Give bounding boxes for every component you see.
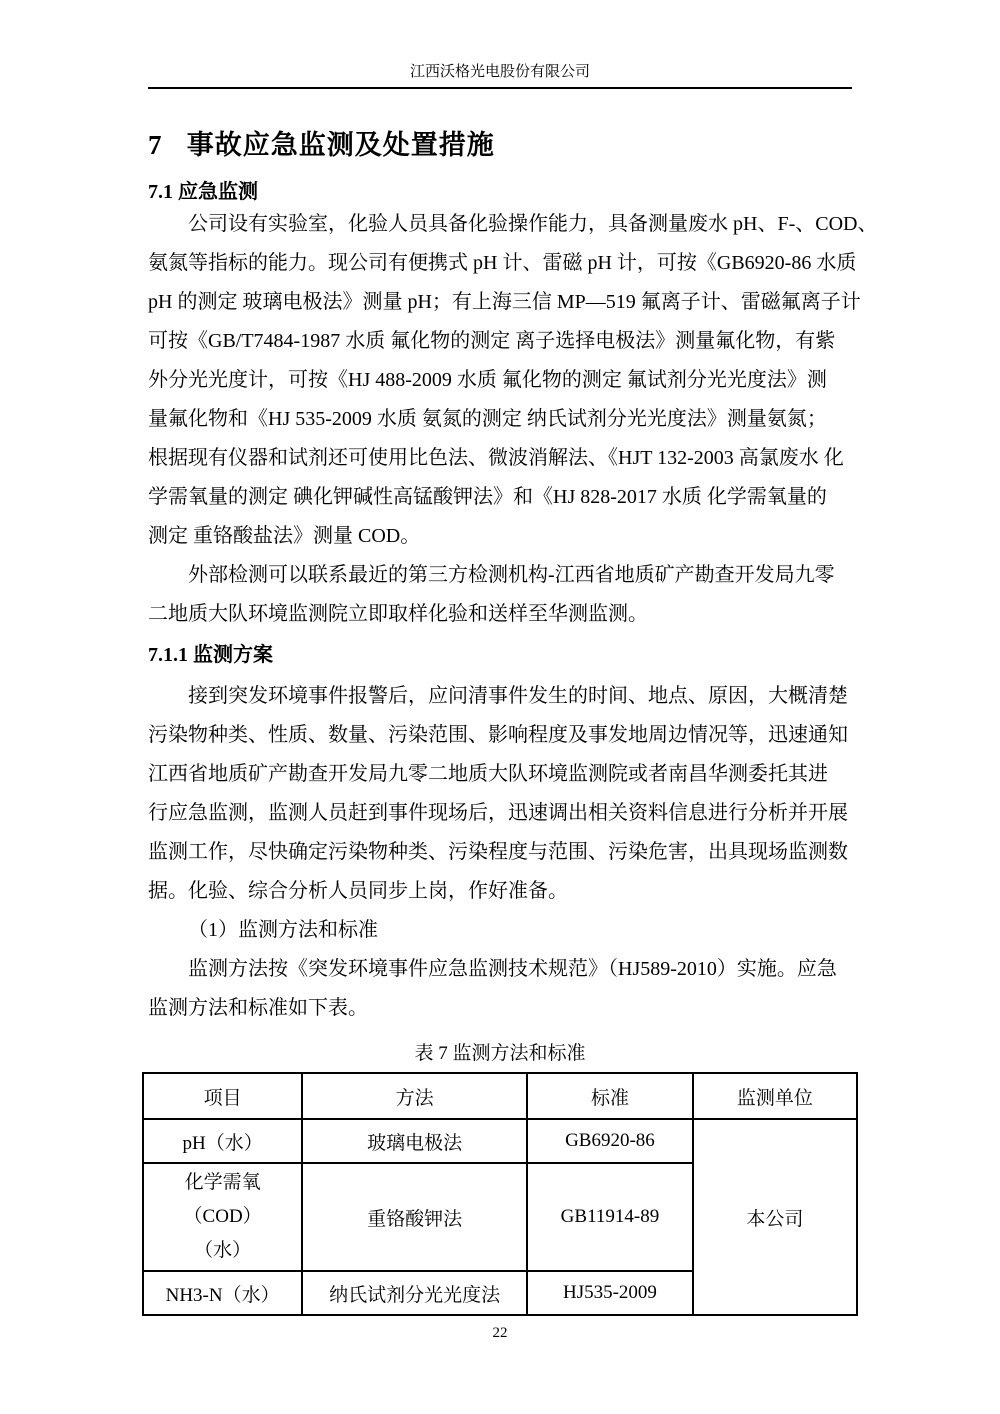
subsubsection-heading: 7.1.1 监测方案 [148, 636, 852, 675]
monitoring-table: 项目 方法 标准 监测单位 pH（水） 玻璃电极法 GB6920-86 本公司 … [142, 1072, 858, 1316]
body-line: 公司设有实验室，化验人员具备化验操作能力，具备测量废水 pH、F-、COD、 [148, 205, 852, 244]
body-line: 二地质大队环境监测院立即取样化验和送样至华测监测。 [148, 595, 852, 634]
paragraph-4: 监测方法按《突发环境事件应急监测技术规范》（HJ589-2010）实施。应急 监… [148, 950, 852, 1028]
body-line: 测定 重铬酸盐法》测量 COD。 [148, 517, 852, 556]
body-line: 可按《GB/T7484-1987 水质 氟化物的测定 离子选择电极法》测量氟化物… [148, 322, 852, 361]
table-cell-method: 纳氏试剂分光光度法 [302, 1271, 527, 1315]
subsection-heading: 7.1 应急监测 [148, 179, 852, 205]
body-line: 污染物种类、性质、数量、污染范围、影响程度及事发地周边情况等，迅速通知 [148, 716, 852, 755]
section-title: 事故应急监测及处置措施 [187, 130, 495, 160]
table-cell-standard: GB11914-89 [527, 1163, 693, 1271]
body-line: 量氟化物和《HJ 535-2009 水质 氨氮的测定 纳氏试剂分光光度法》测量氨… [148, 400, 852, 439]
table-cell-item: NH3-N（水） [143, 1271, 302, 1315]
table-row: pH（水） 玻璃电极法 GB6920-86 本公司 [143, 1119, 857, 1163]
page-number: 22 [0, 1325, 1000, 1342]
body-line: 监测方法按《突发环境事件应急监测技术规范》（HJ589-2010）实施。应急 [148, 950, 852, 989]
company-name: 江西沃格光电股份有限公司 [410, 64, 590, 80]
paragraph-1: 公司设有实验室，化验人员具备化验操作能力，具备测量废水 pH、F-、COD、 氨… [148, 205, 852, 556]
body-line: 监测方法和标准如下表。 [148, 989, 852, 1028]
table-cell-standard: GB6920-86 [527, 1119, 693, 1163]
column-header-item: 项目 [143, 1073, 302, 1119]
column-header-method: 方法 [302, 1073, 527, 1119]
body-line: 学需氧量的测定 碘化钾碱性高锰酸钾法》和《HJ 828-2017 水质 化学需氧… [148, 478, 852, 517]
table-cell-monitoring-unit: 本公司 [693, 1119, 857, 1315]
body-line: 江西省地质矿产勘查开发局九零二地质大队环境监测院或者南昌华测委托其进 [148, 755, 852, 794]
body-line: 外部检测可以联系最近的第三方检测机构-江西省地质矿产勘查开发局九零 [148, 556, 852, 595]
table-header-row: 项目 方法 标准 监测单位 [143, 1073, 857, 1119]
table-cell-method: 重铬酸钾法 [302, 1163, 527, 1271]
section-number: 7 [148, 130, 163, 160]
list-item-monitoring-methods: （1）监测方法和标准 [148, 911, 852, 950]
section-heading: 7事故应急监测及处置措施 [148, 125, 852, 165]
table-cell-item: 化学需氧（COD） （水） [143, 1163, 302, 1271]
column-header-unit: 监测单位 [693, 1073, 857, 1119]
document-page: 江西沃格光电股份有限公司 7事故应急监测及处置措施 7.1 应急监测 公司设有实… [0, 0, 1000, 1414]
paragraph-2: 外部检测可以联系最近的第三方检测机构-江西省地质矿产勘查开发局九零 二地质大队环… [148, 556, 852, 634]
body-line: 氨氮等指标的能力。现公司有便携式 pH 计、雷磁 pH 计，可按《GB6920-… [148, 244, 852, 283]
table-cell-standard: HJ535-2009 [527, 1271, 693, 1315]
body-line: 行应急监测，监测人员赶到事件现场后，迅速调出相关资料信息进行分析并开展 [148, 794, 852, 833]
table-cell-item: pH（水） [143, 1119, 302, 1163]
paragraph-3: 接到突发环境事件报警后，应问清事件发生的时间、地点、原因，大概清楚 污染物种类、… [148, 677, 852, 911]
page-header: 江西沃格光电股份有限公司 [148, 62, 852, 89]
body-line: 根据现有仪器和试剂还可使用比色法、微波消解法、《HJT 132-2003 高氯废… [148, 439, 852, 478]
body-line: 监测工作，尽快确定污染物种类、污染程度与范围、污染危害，出具现场监测数 [148, 833, 852, 872]
body-line: 据。化验、综合分析人员同步上岗，作好准备。 [148, 872, 852, 911]
table-caption: 表 7 监测方法和标准 [148, 1040, 852, 1068]
table-cell-method: 玻璃电极法 [302, 1119, 527, 1163]
column-header-standard: 标准 [527, 1073, 693, 1119]
body-line: 外分光光度计，可按《HJ 488-2009 水质 氟化物的测定 氟试剂分光光度法… [148, 361, 852, 400]
body-line: 接到突发环境事件报警后，应问清事件发生的时间、地点、原因，大概清楚 [148, 677, 852, 716]
body-line: pH 的测定 玻璃电极法》测量 pH；有上海三信 MP—519 氟离子计、雷磁氟… [148, 283, 852, 322]
